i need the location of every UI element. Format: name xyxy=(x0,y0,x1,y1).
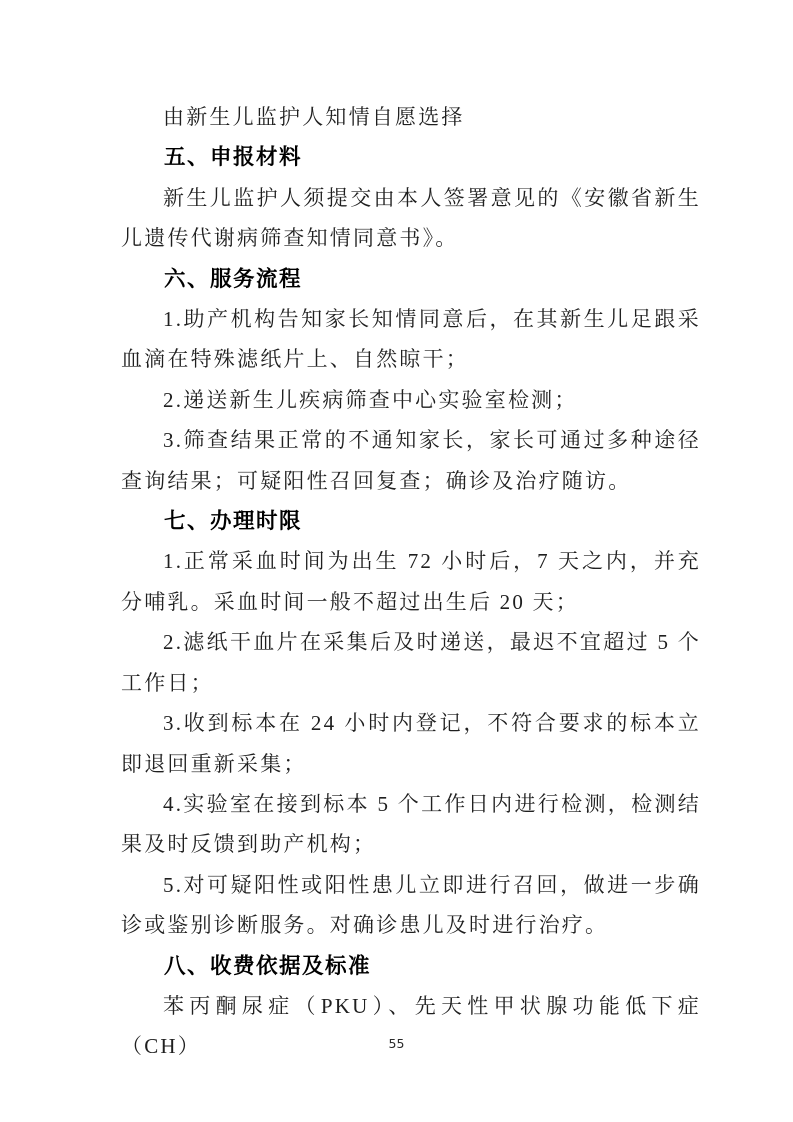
paragraph-guardian-choice: 由新生儿监护人知情自愿选择 xyxy=(121,97,701,137)
heading-section-6-process: 六、服务流程 xyxy=(121,259,701,299)
paragraph-consent-form: 新生儿监护人须提交由本人签署意见的《安徽省新生儿遗传代谢病筛查知情同意书》。 xyxy=(121,178,701,259)
paragraph-timelimit-item-1: 1.正常采血时间为出生 72 小时后，7 天之内，并充分哺乳。采血时间一般不超过… xyxy=(121,541,701,622)
paragraph-process-step-1: 1.助产机构告知家长知情同意后，在其新生儿足跟采血滴在特殊滤纸片上、自然晾干； xyxy=(121,299,701,380)
document-body: 由新生儿监护人知情自愿选择 五、申报材料 新生儿监护人须提交由本人签署意见的《安… xyxy=(121,97,701,1067)
paragraph-process-step-2: 2.递送新生儿疾病筛查中心实验室检测； xyxy=(121,380,701,420)
paragraph-timelimit-item-3: 3.收到标本在 24 小时内登记，不符合要求的标本立即退回重新采集； xyxy=(121,703,701,784)
paragraph-timelimit-item-2: 2.滤纸干血片在采集后及时递送，最迟不宜超过 5 个工作日； xyxy=(121,622,701,703)
heading-section-5-materials: 五、申报材料 xyxy=(121,137,701,177)
paragraph-timelimit-item-5: 5.对可疑阳性或阳性患儿立即进行召回，做进一步确诊或鉴别诊断服务。对确诊患儿及时… xyxy=(121,865,701,946)
paragraph-fees-diseases: 苯丙酮尿症（PKU）、先天性甲状腺功能低下症（CH） xyxy=(121,986,701,1067)
page-number: 55 xyxy=(0,1036,793,1051)
heading-section-8-fees: 八、收费依据及标准 xyxy=(121,946,701,986)
document-page: 由新生儿监护人知情自愿选择 五、申报材料 新生儿监护人须提交由本人签署意见的《安… xyxy=(0,0,793,1122)
paragraph-timelimit-item-4: 4.实验室在接到标本 5 个工作日内进行检测，检测结果及时反馈到助产机构； xyxy=(121,784,701,865)
paragraph-process-step-3: 3.筛查结果正常的不通知家长，家长可通过多种途径查询结果；可疑阳性召回复查；确诊… xyxy=(121,420,701,501)
heading-section-7-timelimit: 七、办理时限 xyxy=(121,501,701,541)
